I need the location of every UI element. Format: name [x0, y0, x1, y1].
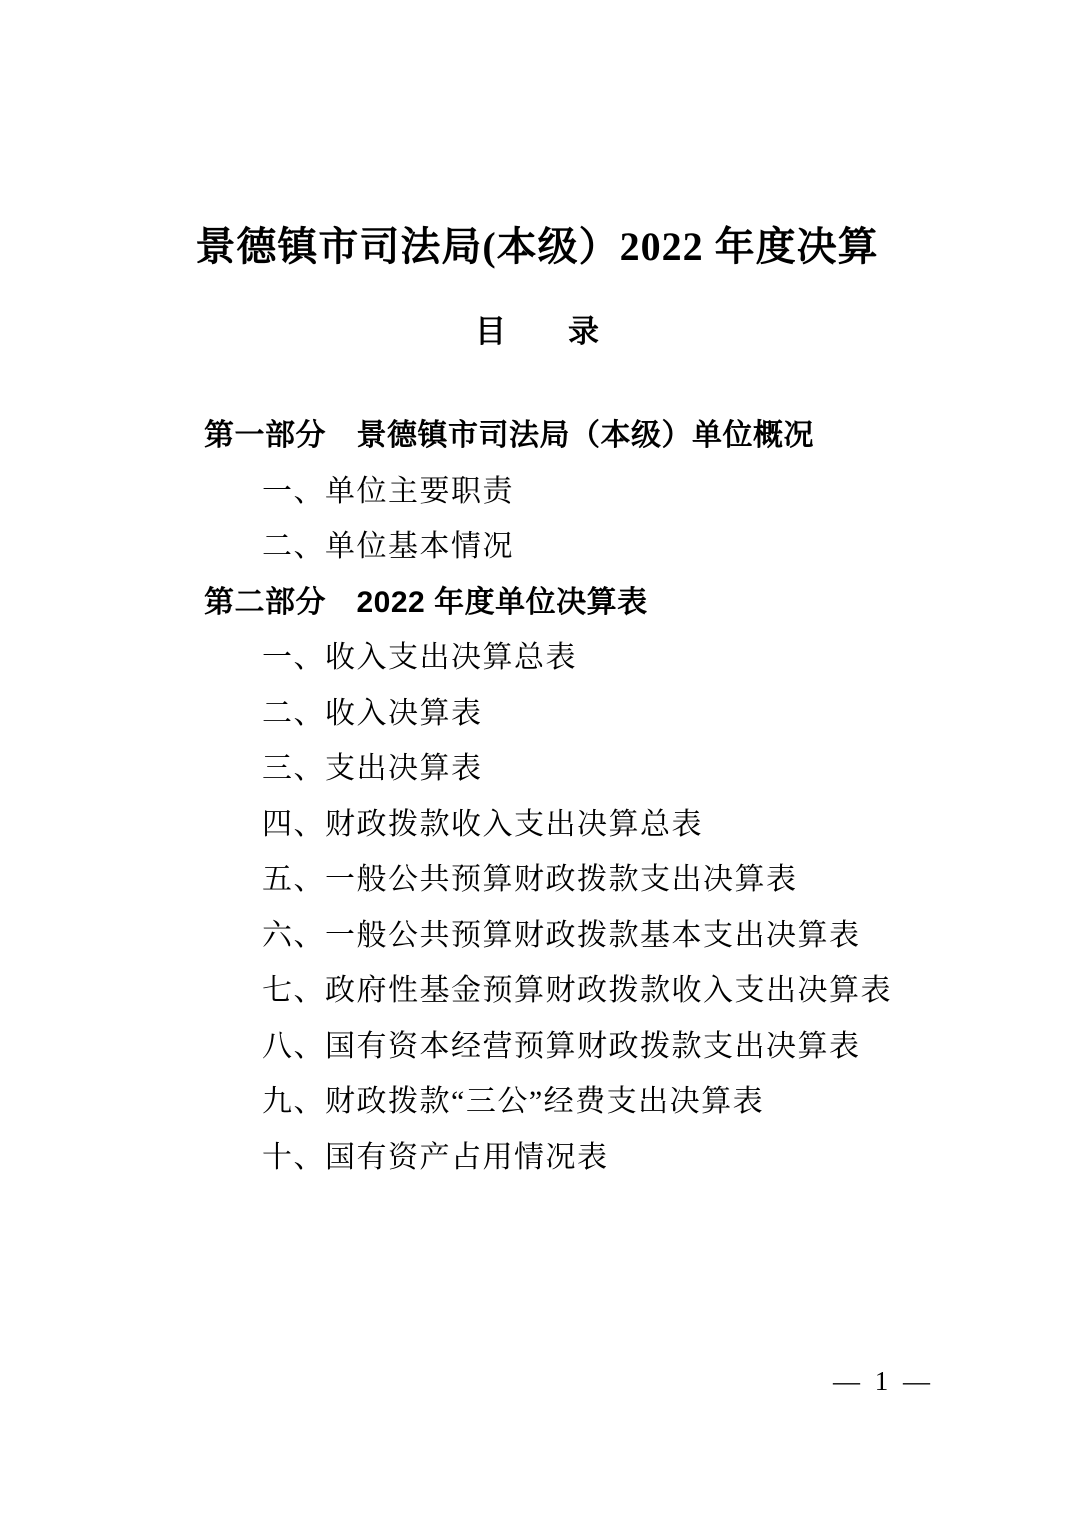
page-number: — 1 —: [833, 1366, 934, 1397]
toc-part2-item-4: 四、财政拨款收入支出决算总表: [204, 797, 944, 853]
toc-part2-item-8: 八、国有资本经营预算财政拨款支出决算表: [204, 1019, 944, 1075]
toc-part1-heading: 第一部分 景德镇市司法局（本级）单位概况: [204, 408, 944, 464]
toc-part2-item-5: 五、一般公共预算财政拨款支出决算表: [204, 852, 944, 908]
toc-part2-item-10: 十、国有资产占用情况表: [204, 1130, 944, 1186]
toc-part1-item-1: 一、单位主要职责: [204, 464, 944, 520]
document-page: 景德镇市司法局(本级）2022 年度决算 目 录 第一部分 景德镇市司法局（本级…: [0, 0, 1074, 1520]
table-of-contents: 第一部分 景德镇市司法局（本级）单位概况 一、单位主要职责 二、单位基本情况 第…: [204, 408, 944, 1185]
toc-part2-item-9: 九、财政拨款“三公”经费支出决算表: [204, 1074, 944, 1130]
toc-part2-item-7: 七、政府性基金预算财政拨款收入支出决算表: [204, 963, 944, 1019]
toc-part2-item-1: 一、收入支出决算总表: [204, 630, 944, 686]
toc-part1-item-2: 二、单位基本情况: [204, 519, 944, 575]
toc-heading: 目 录: [0, 306, 1074, 351]
document-title: 景德镇市司法局(本级）2022 年度决算: [0, 215, 1074, 272]
toc-part2-item-2: 二、收入决算表: [204, 686, 944, 742]
toc-part2-heading: 第二部分 2022 年度单位决算表: [204, 575, 944, 631]
toc-part2-item-6: 六、一般公共预算财政拨款基本支出决算表: [204, 908, 944, 964]
toc-part2-item-3: 三、支出决算表: [204, 741, 944, 797]
